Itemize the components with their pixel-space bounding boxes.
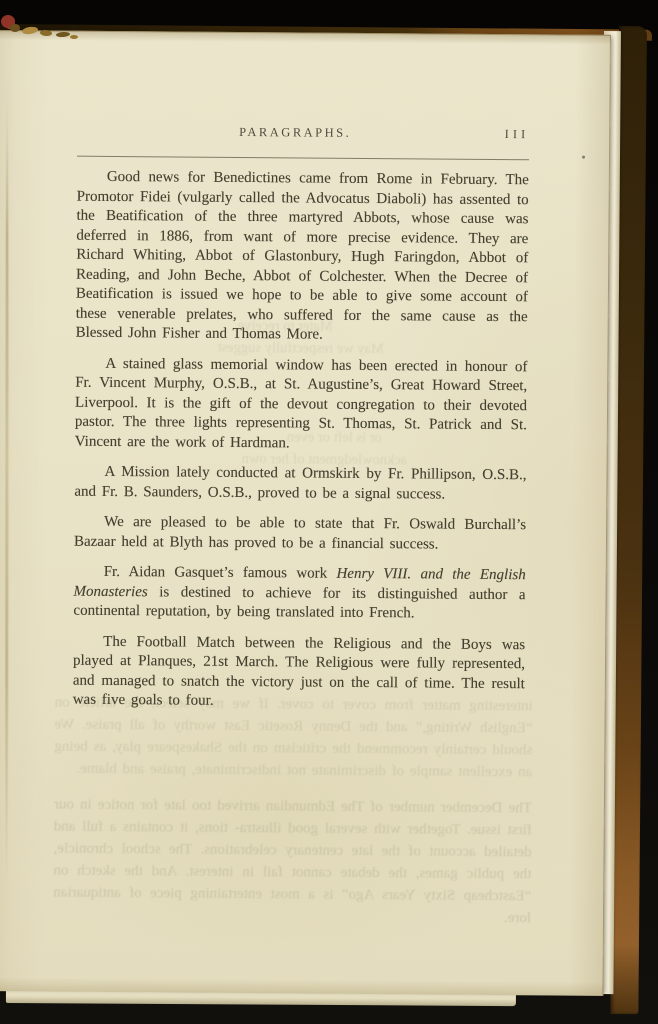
page-crease xyxy=(5,91,9,901)
page-number: III xyxy=(505,127,530,142)
scanned-book-photo: { "document": { "running_header": { "tit… xyxy=(0,0,658,1024)
paragraph: Fr. Aidan Gasquet’s famous work Henry VI… xyxy=(73,563,525,625)
paragraph: A Mission lately conducted at Ormskirk b… xyxy=(74,463,526,506)
running-header-title: PARAGRAPHS. xyxy=(69,124,521,143)
paragraph: The Football Match between the Religious… xyxy=(73,632,526,714)
gilt-edge-speck xyxy=(10,24,20,32)
book-page: interesting matter from cover to cover. … xyxy=(0,30,611,996)
printed-text-area: PARAGRAPHS. III Good news for Benedictin… xyxy=(73,124,530,725)
paragraph: A stained glass memorial window has been… xyxy=(75,354,528,455)
paragraph: Good news for Benedictines came from Rom… xyxy=(76,168,529,347)
bleedthrough-text-block: The December number of The Edmundian arr… xyxy=(53,794,532,930)
gilt-edge-speck xyxy=(70,35,78,39)
ink-speck xyxy=(582,156,585,159)
running-header: PARAGRAPHS. III xyxy=(77,124,529,150)
paragraph: We are pleased to be able to state that … xyxy=(74,513,526,556)
body-text: Good news for Benedictines came from Rom… xyxy=(73,168,529,714)
header-rule xyxy=(77,156,529,161)
